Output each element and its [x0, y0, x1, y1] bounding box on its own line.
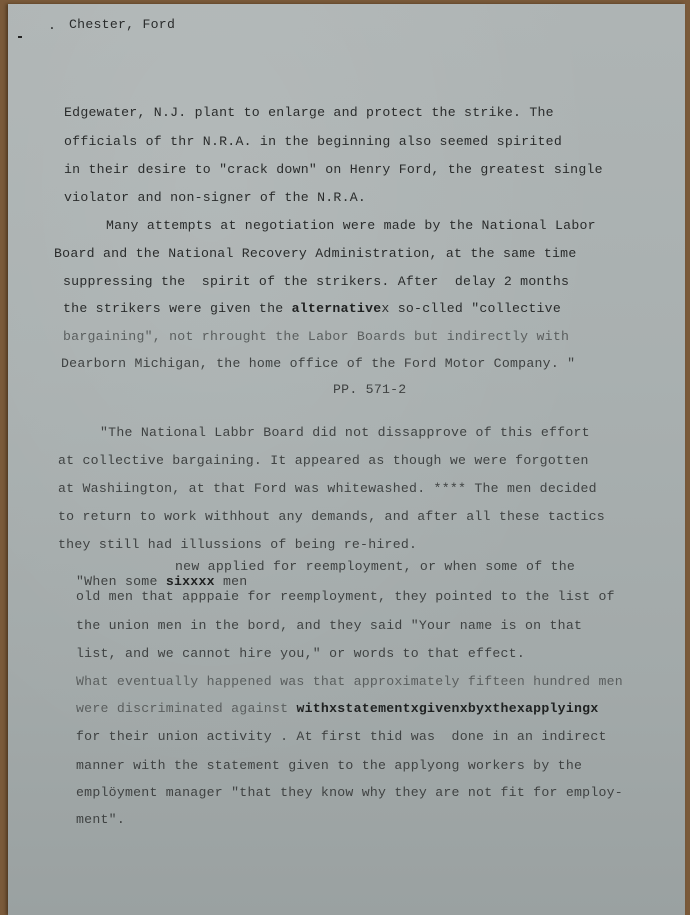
- p2-line-4: the strikers were given the alternativex…: [63, 301, 561, 317]
- p2-line-2: Board and the National Recovery Administ…: [54, 246, 576, 262]
- p2-line-6: Dearborn Michigan, the home office of th…: [61, 356, 575, 372]
- page-header-title: Chester, Ford: [69, 17, 175, 33]
- p5-line-3: for their union activity . At first thid…: [76, 729, 607, 745]
- p2-line-1: Many attempts at negotiation were made b…: [106, 218, 596, 234]
- p1-line-3: in their desire to "crack down" on Henry…: [64, 162, 603, 178]
- p4-line-1-post: men: [215, 574, 248, 589]
- p5-line-2-pre: were discriminated against: [76, 701, 296, 716]
- margin-mark: [18, 36, 22, 38]
- p2-line-4-pre: the strikers were given the: [63, 301, 292, 316]
- p4-line-1-pre: "When some: [76, 574, 166, 589]
- citation: PP. 571-2: [333, 382, 406, 398]
- p4-line-2: old men that apppaie for reemployment, t…: [76, 589, 615, 605]
- p5-line-5: emplöyment manager "that they know why t…: [76, 785, 623, 801]
- p1-line-2: officials of thr N.R.A. in the beginning…: [64, 134, 562, 150]
- p4-line-1: "When some sixxxx men: [76, 574, 247, 590]
- p3-line-3: at Washiington, at that Ford was whitewa…: [58, 481, 597, 497]
- page-bullet: .: [48, 18, 56, 34]
- p3-line-1: "The National Labbr Board did not dissap…: [100, 425, 590, 441]
- p2-line-3: suppressing the spirit of the strikers. …: [63, 274, 569, 290]
- p2-line-4-post: x so-clled "collective: [381, 301, 561, 316]
- p3-line-5: they still had illussions of being re-hi…: [58, 537, 417, 553]
- struck-out-word: sixxxx: [166, 574, 215, 589]
- p1-line-4: violator and non-signer of the N.R.A.: [64, 190, 366, 206]
- typewritten-page: . Chester, Ford Edgewater, N.J. plant to…: [8, 4, 685, 915]
- p1-line-1: Edgewater, N.J. plant to enlarge and pro…: [64, 105, 554, 121]
- p4-interlinear-insert: new applied for reemployment, or when so…: [175, 559, 575, 575]
- struck-out-phrase: withxstatementxgivenxbyxthexapplyingx: [296, 701, 598, 716]
- p5-line-2: were discriminated against withxstatemen…: [76, 701, 599, 717]
- struck-out-word: alternative: [292, 301, 382, 316]
- p5-line-6: ment".: [76, 812, 125, 828]
- p5-line-1: What eventually happened was that approx…: [76, 674, 623, 690]
- p4-line-4: list, and we cannot hire you," or words …: [76, 646, 525, 662]
- p3-line-2: at collective bargaining. It appeared as…: [58, 453, 589, 469]
- p3-line-4: to return to work withhout any demands, …: [58, 509, 605, 525]
- p5-line-4: manner with the statement given to the a…: [76, 758, 582, 774]
- p2-line-5: bargaining", not rhrought the Labor Boar…: [63, 329, 569, 345]
- p4-line-3: the union men in the bord, and they said…: [76, 618, 582, 634]
